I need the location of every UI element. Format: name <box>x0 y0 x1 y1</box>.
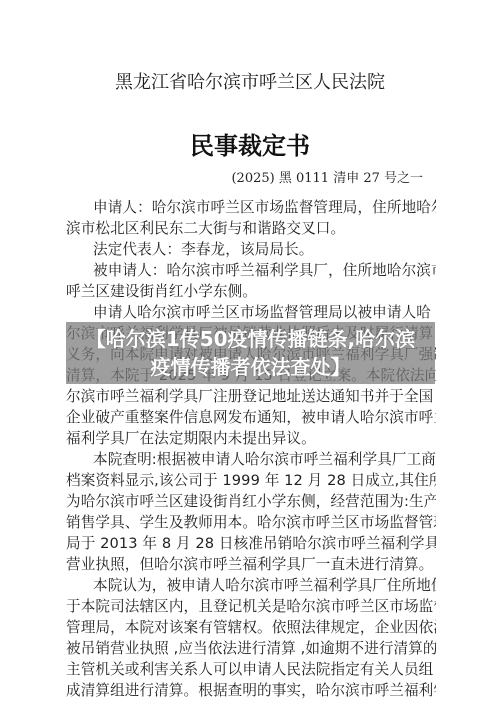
body-line: 局于 2013 年 8 月 28 日核准吊销哈尔滨市呼兰福利学具厂 <box>66 533 436 554</box>
headline-overlay: 【哈尔滨1传50疫情传播链条,哈尔滨 疫情传播者依法查处】 <box>66 322 435 384</box>
document-page: 黑龙江省哈尔滨市呼兰区人民法院 民事裁定书 (2025) 黑 0111 清申 2… <box>0 0 500 706</box>
document-body: 申请人：哈尔滨市呼兰区市场监督管理局，住所地哈尔滨市松北区利民东二大街与和谐路交… <box>66 197 436 701</box>
court-name: 黑龙江省哈尔滨市呼兰区人民法院 <box>0 68 500 94</box>
body-line: 本院查明:根据被申请人哈尔滨市呼兰福利学具厂工商 <box>66 449 436 470</box>
body-line: 主管机关或利害关系人可以申请人民法院指定有关人员组 <box>66 659 436 680</box>
body-line: 成清算组进行清算。根据查明的事实，哈尔滨市呼兰福利学 <box>66 680 436 701</box>
body-line: 为哈尔滨市呼兰区建设街肖红小学东侧，经营范围为:生产、 <box>66 491 436 512</box>
body-line: 营业执照，但哈尔滨市呼兰福利学具厂一直未进行清算。 <box>66 554 436 575</box>
body-line: 企业破产重整案件信息网发布通知，被申请人哈尔滨市呼兰 <box>66 407 436 428</box>
body-line: 本院认为，被申请人哈尔滨市呼兰福利学具厂住所地位 <box>66 575 436 596</box>
body-line: 被吊销营业执照 ,应当依法进行清算 ,如逾期不进行清算的， <box>66 638 436 659</box>
body-line: 福利学具厂在法定期限内未提出异议。 <box>66 428 436 449</box>
headline-line-1: 【哈尔滨1传50疫情传播链条,哈尔滨 <box>66 325 435 353</box>
body-line: 申请人哈尔滨市呼兰区市场监督管理局以被申请人哈 <box>66 302 436 323</box>
case-number: (2025) 黑 0111 清申 27 号之一 <box>231 167 423 186</box>
body-line: 管理局，本院对该案有管辖权。依照法律规定，企业因依法 <box>66 617 436 638</box>
body-line: 申请人：哈尔滨市呼兰区市场监督管理局，住所地哈尔 <box>66 197 436 218</box>
body-line: 滨市松北区利民东二大街与和谐路交叉口。 <box>66 218 436 239</box>
body-line: 法定代表人：李春龙，该局局长。 <box>66 239 436 260</box>
body-line: 被申请人：哈尔滨市呼兰福利学具厂，住所地哈尔滨市 <box>66 260 436 281</box>
headline-line-2: 疫情传播者依法查处】 <box>66 353 435 381</box>
body-line: 销售学具、学生及教师用本。哈尔滨市呼兰区市场监督管理 <box>66 512 436 533</box>
body-line: 呼兰区建设街肖红小学东侧。 <box>66 281 436 302</box>
body-line: 于本院司法辖区内，且登记机关是哈尔滨市呼兰区市场监督 <box>66 596 436 617</box>
body-line: 档案资料显示,该公司于 1999 年 12 月 28 日成立,其住所地 <box>66 470 436 491</box>
body-line: 尔滨市呼兰福利学具厂注册登记地址送达通知书并于全国 <box>66 386 436 407</box>
document-title: 民事裁定书 <box>0 126 500 161</box>
